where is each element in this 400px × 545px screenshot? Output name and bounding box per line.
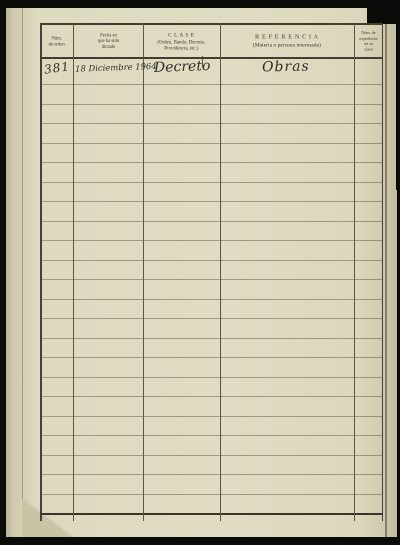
table-border-bottom [40, 513, 383, 515]
row-line [41, 104, 382, 105]
scanned-ledger-page: Núm. de orden Fecha en que ha sido dicta… [0, 0, 400, 545]
header-separator [40, 57, 383, 59]
header-text: (Materia o persona interesada) [253, 41, 321, 48]
header-num-orden: Núm. de orden [40, 25, 73, 57]
table-border-right [382, 23, 384, 521]
header-referencia: R E F E R E N C I A (Materia o persona i… [220, 25, 354, 57]
column-divider-2 [143, 23, 144, 521]
scan-border-bottom [0, 537, 400, 545]
row-line [41, 84, 382, 85]
column-divider-4 [354, 23, 355, 521]
row-line [41, 474, 382, 475]
row-line [41, 279, 382, 280]
row-line [41, 299, 382, 300]
row-line [41, 240, 382, 241]
scan-border-left [0, 0, 6, 545]
row-line [41, 338, 382, 339]
header-text: en su [359, 41, 377, 46]
row-line [41, 182, 382, 183]
row-line [41, 377, 382, 378]
row-line [41, 201, 382, 202]
header-num-expediente: Núm. de expediente en su clase [354, 25, 383, 57]
header-fecha: Fecha en que ha sido dictado [73, 25, 143, 57]
row-line [41, 260, 382, 261]
header-title: R E F E R E N C I A [253, 34, 321, 42]
registry-table: Núm. de orden Fecha en que ha sido dicta… [40, 23, 383, 521]
row-line [41, 435, 382, 436]
row-line [41, 221, 382, 222]
header-text: (Orden, Bando, Decreto, [158, 38, 206, 44]
row-line [41, 143, 382, 144]
header-text: expediente [359, 36, 377, 41]
scan-border-top [0, 0, 400, 8]
scan-border-right [396, 0, 400, 190]
row-line [41, 396, 382, 397]
row-line [41, 357, 382, 358]
header-text: Núm. de [359, 30, 377, 35]
header-text: dictado [97, 44, 118, 50]
page-fold-line [22, 8, 23, 537]
row-line [41, 123, 382, 124]
row-line [41, 494, 382, 495]
header-text: que ha sido [97, 38, 118, 44]
header-title: C L A S E [158, 32, 206, 39]
row-line [41, 162, 382, 163]
column-divider-1 [73, 23, 74, 521]
stray-ink-mark [202, 56, 203, 67]
header-text: clase [359, 46, 377, 51]
table-border-left [40, 23, 42, 521]
row-line [41, 455, 382, 456]
row-line [41, 318, 382, 319]
header-clase: C L A S E (Orden, Bando, Decreto, Provid… [143, 25, 220, 57]
adjacent-page-shadow [385, 8, 387, 537]
column-divider-3 [220, 23, 221, 521]
header-text: Núm. [48, 35, 64, 41]
row-line [41, 416, 382, 417]
header-text: de orden [48, 41, 64, 47]
header-text: Providencia, etc.) [158, 44, 206, 50]
entry-referencia: Obras [262, 59, 310, 76]
